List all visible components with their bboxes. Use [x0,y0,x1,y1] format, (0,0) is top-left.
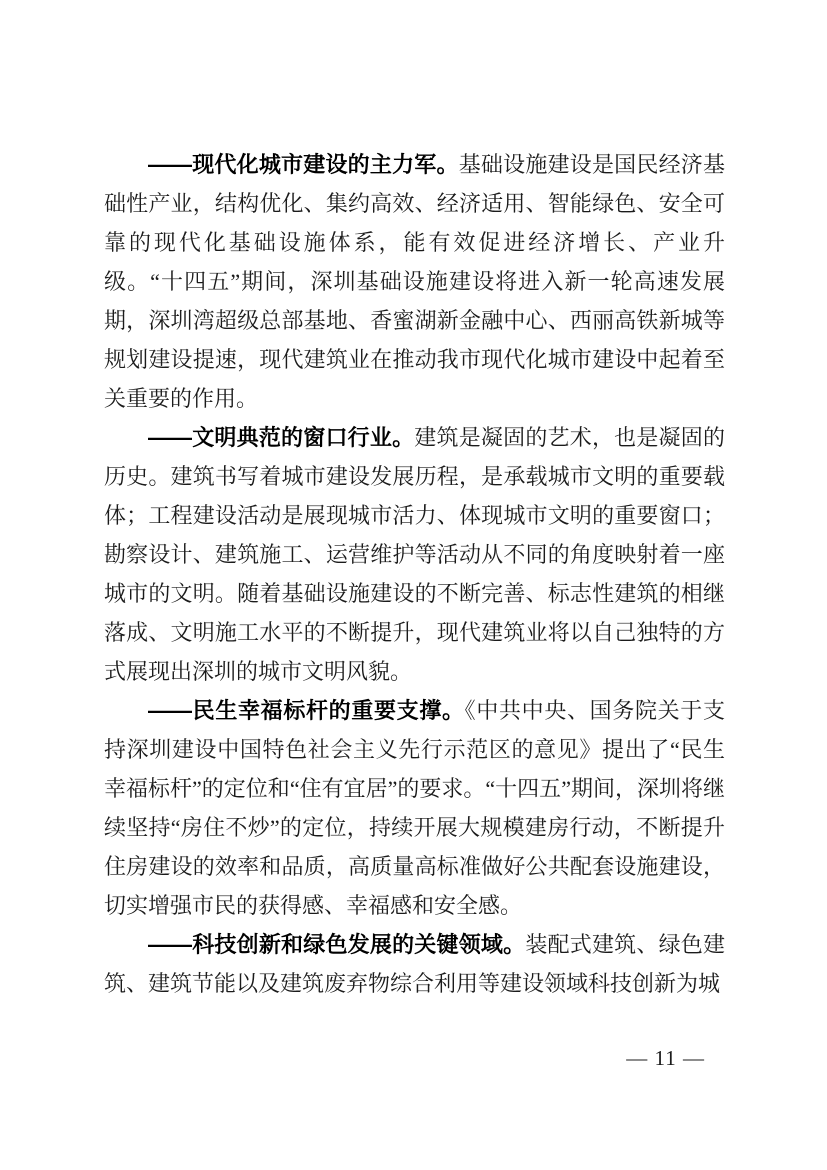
paragraph-heading: ——现代化城市建设的主力军。 [148,152,459,177]
paragraph-tech-green: ——科技创新和绿色发展的关键领域。装配式建筑、绿色建筑、建筑节能以及建筑废弃物综… [104,925,725,1003]
document-page: ——现代化城市建设的主力军。基础设施建设是国民经济基础性产业，结构优化、集约高效… [0,0,827,1170]
paragraph-modern-city: ——现代化城市建设的主力军。基础设施建设是国民经济基础性产业，结构优化、集约高效… [104,145,725,418]
paragraph-heading: ——科技创新和绿色发展的关键领域。 [148,932,525,957]
paragraph-livelihood-happiness: ——民生幸福标杆的重要支撑。《中共中央、国务院关于支持深圳建设中国特色社会主义先… [104,691,725,925]
paragraph-text: 《中共中央、国务院关于支持深圳建设中国特色社会主义先行示范区的意见》提出了“民生… [104,698,725,918]
page-number: — 11 — [626,1046,705,1071]
paragraph-civilization-window: ——文明典范的窗口行业。建筑是凝固的艺术，也是凝固的历史。建筑书写着城市建设发展… [104,418,725,691]
paragraph-text: 建筑是凝固的艺术，也是凝固的历史。建筑书写着城市建设发展历程，是承载城市文明的重… [104,425,725,684]
paragraph-heading: ——文明典范的窗口行业。 [148,425,414,450]
paragraph-text: 基础设施建设是国民经济基础性产业，结构优化、集约高效、经济适用、智能绿色、安全可… [104,152,725,411]
document-body: ——现代化城市建设的主力军。基础设施建设是国民经济基础性产业，结构优化、集约高效… [104,145,725,1003]
paragraph-heading: ——民生幸福标杆的重要支撑。 [148,698,465,723]
